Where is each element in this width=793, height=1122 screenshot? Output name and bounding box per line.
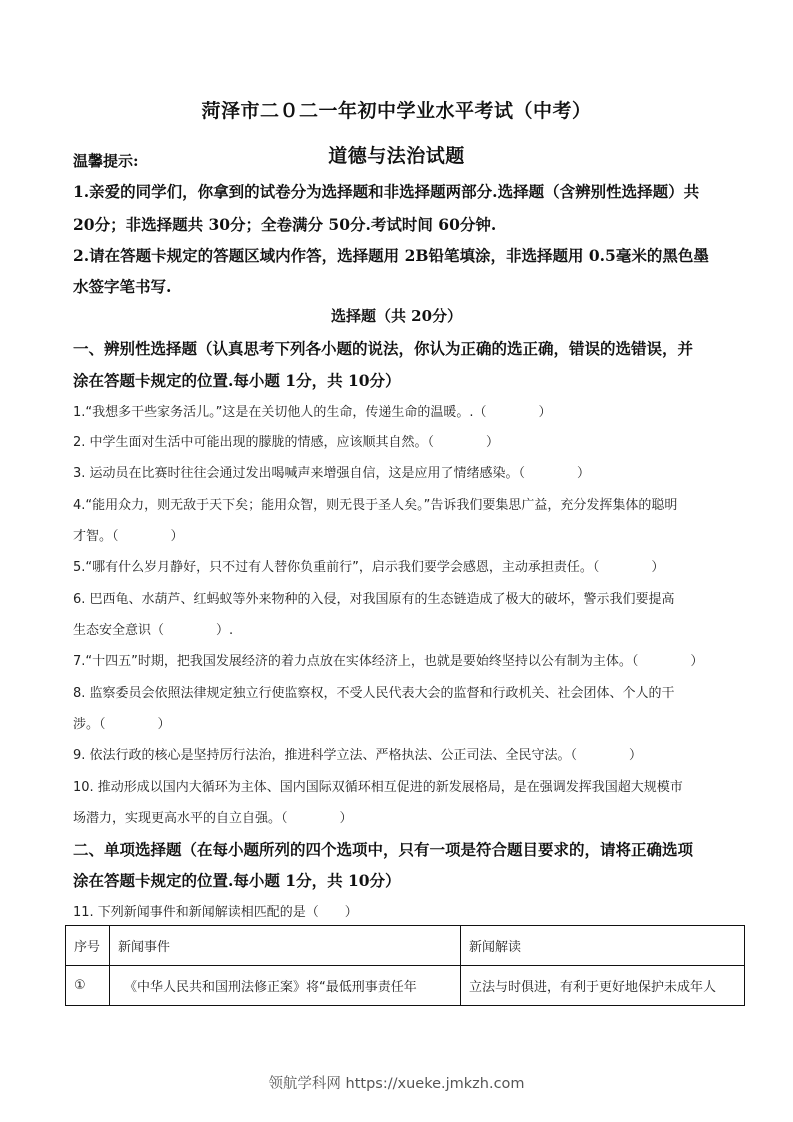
question-11: 11. 下列新闻事件和新闻解读相匹配的是（ ） bbox=[73, 901, 358, 920]
question-10: 10. 推动形成以国内大循环为主体、国内国际双循环相互促进的新发展格局，是在强调… bbox=[73, 776, 683, 795]
notice-line: 2.请在答题卡规定的答题区域内作答，选择题用 2B铅笔填涂，非选择题用 0.5毫… bbox=[73, 244, 709, 266]
question-8-cont: 涉。（ ） bbox=[73, 713, 171, 732]
question-2: 2. 中学生面对生活中可能出现的朦胧的情感，应该顺其自然。（ ） bbox=[73, 431, 499, 450]
footer-watermark: 领航学科网 https://xueke.jmkzh.com bbox=[0, 1072, 793, 1093]
cell-interpretation: 立法与时俱进，有利于更好地保护未成年人 bbox=[461, 966, 745, 1006]
question-10-cont: 场潜力，实现更高水平的自立自强。（ ） bbox=[73, 807, 353, 826]
table-row: ① 《中华人民共和国刑法修正案》将“最低刑事责任年 立法与时俱进，有利于更好地保… bbox=[66, 966, 745, 1006]
header-cell-event: 新闻事件 bbox=[110, 926, 461, 966]
notice-line: 1.亲爱的同学们，你拿到的试卷分为选择题和非选择题两部分.选择题（含辨别性选择题… bbox=[73, 180, 699, 202]
notice-line: 20分；非选择题共 30分；全卷满分 50分.考试时间 60分钟. bbox=[73, 213, 496, 235]
header-cell-interpretation: 新闻解读 bbox=[461, 926, 745, 966]
question-5: 5.“哪有什么岁月静好，只不过有人替你负重前行”，启示我们要学会感恩，主动承担责… bbox=[73, 556, 664, 575]
question-6-cont: 生态安全意识（ ）. bbox=[73, 619, 233, 638]
cell-event: 《中华人民共和国刑法修正案》将“最低刑事责任年 bbox=[110, 966, 461, 1006]
table-header-row: 序号 新闻事件 新闻解读 bbox=[66, 926, 745, 966]
notice-heading: 温馨提示: bbox=[73, 150, 139, 171]
header-cell-index: 序号 bbox=[66, 926, 110, 966]
question-6: 6. 巴西龟、水葫芦、红蚂蚁等外来物种的入侵，对我国原有的生态链造成了极大的破坏… bbox=[73, 588, 675, 607]
notice-line: 水签字笔书写. bbox=[73, 275, 171, 297]
part-one-heading: 一、辨别性选择题（认真思考下列各小题的说法，你认为正确的选正确，错误的选错误，并 bbox=[73, 337, 693, 359]
exam-title: 菏泽市二０二一年初中学业水平考试（中考） bbox=[0, 96, 793, 123]
part-two-heading: 二、单项选择题（在每小题所列的四个选项中，只有一项是符合题目要求的，请将正确选项 bbox=[73, 838, 693, 860]
question-1: 1.“我想多干些家务活儿。”这是在关切他人的生命，传递生命的温暖。.（ ） bbox=[73, 401, 552, 420]
part-one-heading: 涂在答题卡规定的位置.每小题 1分，共 10分） bbox=[73, 369, 401, 391]
question-9: 9. 依法行政的核心是坚持厉行法治，推进科学立法、严格执法、公正司法、全民守法。… bbox=[73, 744, 642, 763]
news-table: 序号 新闻事件 新闻解读 ① 《中华人民共和国刑法修正案》将“最低刑事责任年 立… bbox=[65, 925, 745, 1006]
part-two-heading: 涂在答题卡规定的位置.每小题 1分，共 10分） bbox=[73, 869, 401, 891]
question-4-cont: 才智。（ ） bbox=[73, 525, 184, 544]
cell-index: ① bbox=[66, 966, 110, 1006]
question-7: 7.“十四五”时期，把我国发展经济的着力点放在实体经济上，也就是要始终坚持以公有… bbox=[73, 650, 703, 669]
question-3: 3. 运动员在比赛时往往会通过发出喝喊声来增强自信，这是应用了情绪感染。（ ） bbox=[73, 462, 590, 481]
question-8: 8. 监察委员会依照法律规定独立行使监察权，不受人民代表大会的监督和行政机关、社… bbox=[73, 682, 675, 701]
question-4: 4.“能用众力，则无敌于天下矣；能用众智，则无畏于圣人矣。”告诉我们要集思广益，… bbox=[73, 494, 677, 513]
section-title: 选择题（共 20分） bbox=[0, 305, 793, 326]
